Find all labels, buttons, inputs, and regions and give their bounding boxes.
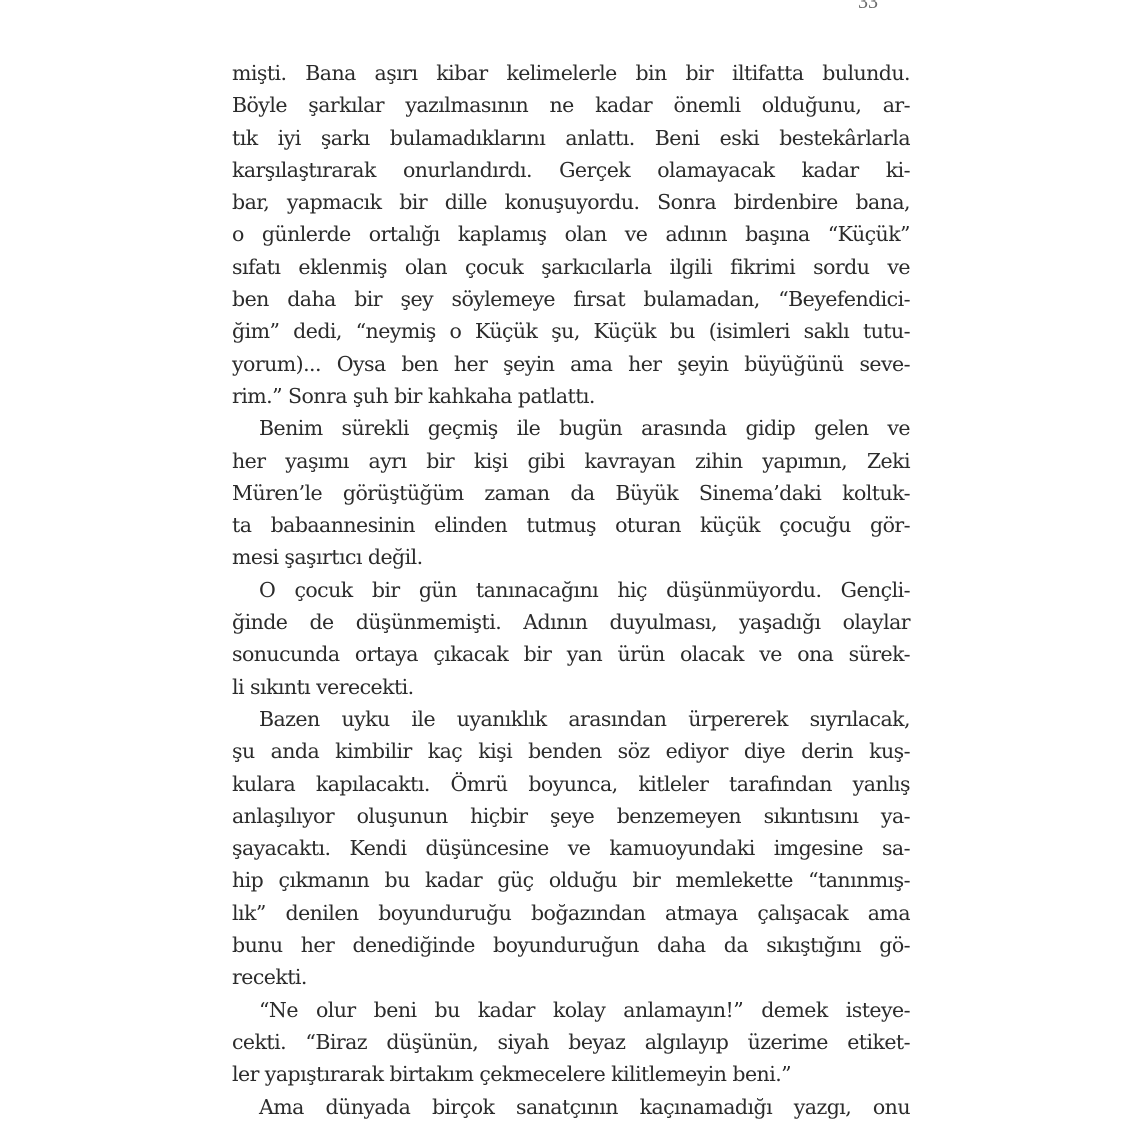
- text-line: bunu her denediğinde boyunduruğun daha d…: [232, 929, 910, 961]
- text-line: anlaşılıyor oluşunun hiçbir şeye benzeme…: [232, 800, 910, 832]
- text-line: her yaşımı ayrı bir kişi gibi kavrayan z…: [232, 445, 910, 477]
- text-line: o günlerde ortalığı kaplamış olan ve adı…: [232, 218, 910, 250]
- text-line: recekti.: [232, 961, 910, 993]
- text-line: hip çıkmanın bu kadar güç olduğu bir mem…: [232, 864, 910, 896]
- text-line: Bazen uyku ile uyanıklık arasından ürper…: [232, 703, 910, 735]
- body-text: mişti. Bana aşırı kibar kelimelerle bin …: [232, 57, 910, 1123]
- text-line: Benim sürekli geçmiş ile bugün arasında …: [232, 412, 910, 444]
- text-line: sıfatı eklenmiş olan çocuk şarkıcılarla …: [232, 251, 910, 283]
- text-line: ğinde de düşünmemişti. Adının duyulması,…: [232, 606, 910, 638]
- paragraph: Ama dünyada birçok sanatçının kaçınamadı…: [232, 1091, 910, 1123]
- text-line: mişti. Bana aşırı kibar kelimelerle bin …: [232, 57, 910, 89]
- text-line: sonucunda ortaya çıkacak bir yan ürün ol…: [232, 638, 910, 670]
- text-line: Böyle şarkılar yazılmasının ne kadar öne…: [232, 89, 910, 121]
- text-line: ler yapıştırarak birtakım çekmecelere ki…: [232, 1058, 910, 1090]
- paragraph: “Ne olur beni bu kadar kolay anlamayın!”…: [232, 994, 910, 1091]
- text-line: bar, yapmacık bir dille konuşuyordu. Son…: [232, 186, 910, 218]
- text-line: “Ne olur beni bu kadar kolay anlamayın!”…: [232, 994, 910, 1026]
- text-line: li sıkıntı verecekti.: [232, 671, 910, 703]
- text-line: Ama dünyada birçok sanatçının kaçınamadı…: [232, 1091, 910, 1123]
- text-line: şu anda kimbilir kaç kişi benden söz edi…: [232, 735, 910, 767]
- text-line: kulara kapılacaktı. Ömrü boyunca, kitlel…: [232, 768, 910, 800]
- paragraph: mişti. Bana aşırı kibar kelimelerle bin …: [232, 57, 910, 412]
- text-line: cekti. “Biraz düşünün, siyah beyaz algıl…: [232, 1026, 910, 1058]
- page-number: 33: [858, 0, 878, 14]
- text-line: O çocuk bir gün tanınacağını hiç düşünmü…: [232, 574, 910, 606]
- text-line: ta babaannesinin elinden tutmuş oturan k…: [232, 509, 910, 541]
- paragraph: Bazen uyku ile uyanıklık arasından ürper…: [232, 703, 910, 994]
- text-line: ğim” dedi, “neymiş o Küçük şu, Küçük bu …: [232, 315, 910, 347]
- text-line: yorum)... Oysa ben her şeyin ama her şey…: [232, 348, 910, 380]
- text-line: tık iyi şarkı bulamadıklarını anlattı. B…: [232, 122, 910, 154]
- text-line: ben daha bir şey söylemeye fırsat bulama…: [232, 283, 910, 315]
- text-line: şayacaktı. Kendi düşüncesine ve kamuoyun…: [232, 832, 910, 864]
- text-line: rim.” Sonra şuh bir kahkaha patlattı.: [232, 380, 910, 412]
- text-line: mesi şaşırtıcı değil.: [232, 541, 910, 573]
- paragraph: Benim sürekli geçmiş ile bugün arasında …: [232, 412, 910, 573]
- text-line: karşılaştırarak onurlandırdı. Gerçek ola…: [232, 154, 910, 186]
- text-line: lık” denilen boyunduruğu boğazından atma…: [232, 897, 910, 929]
- text-line: Müren’le görüştüğüm zaman da Büyük Sinem…: [232, 477, 910, 509]
- paragraph: O çocuk bir gün tanınacağını hiç düşünmü…: [232, 574, 910, 703]
